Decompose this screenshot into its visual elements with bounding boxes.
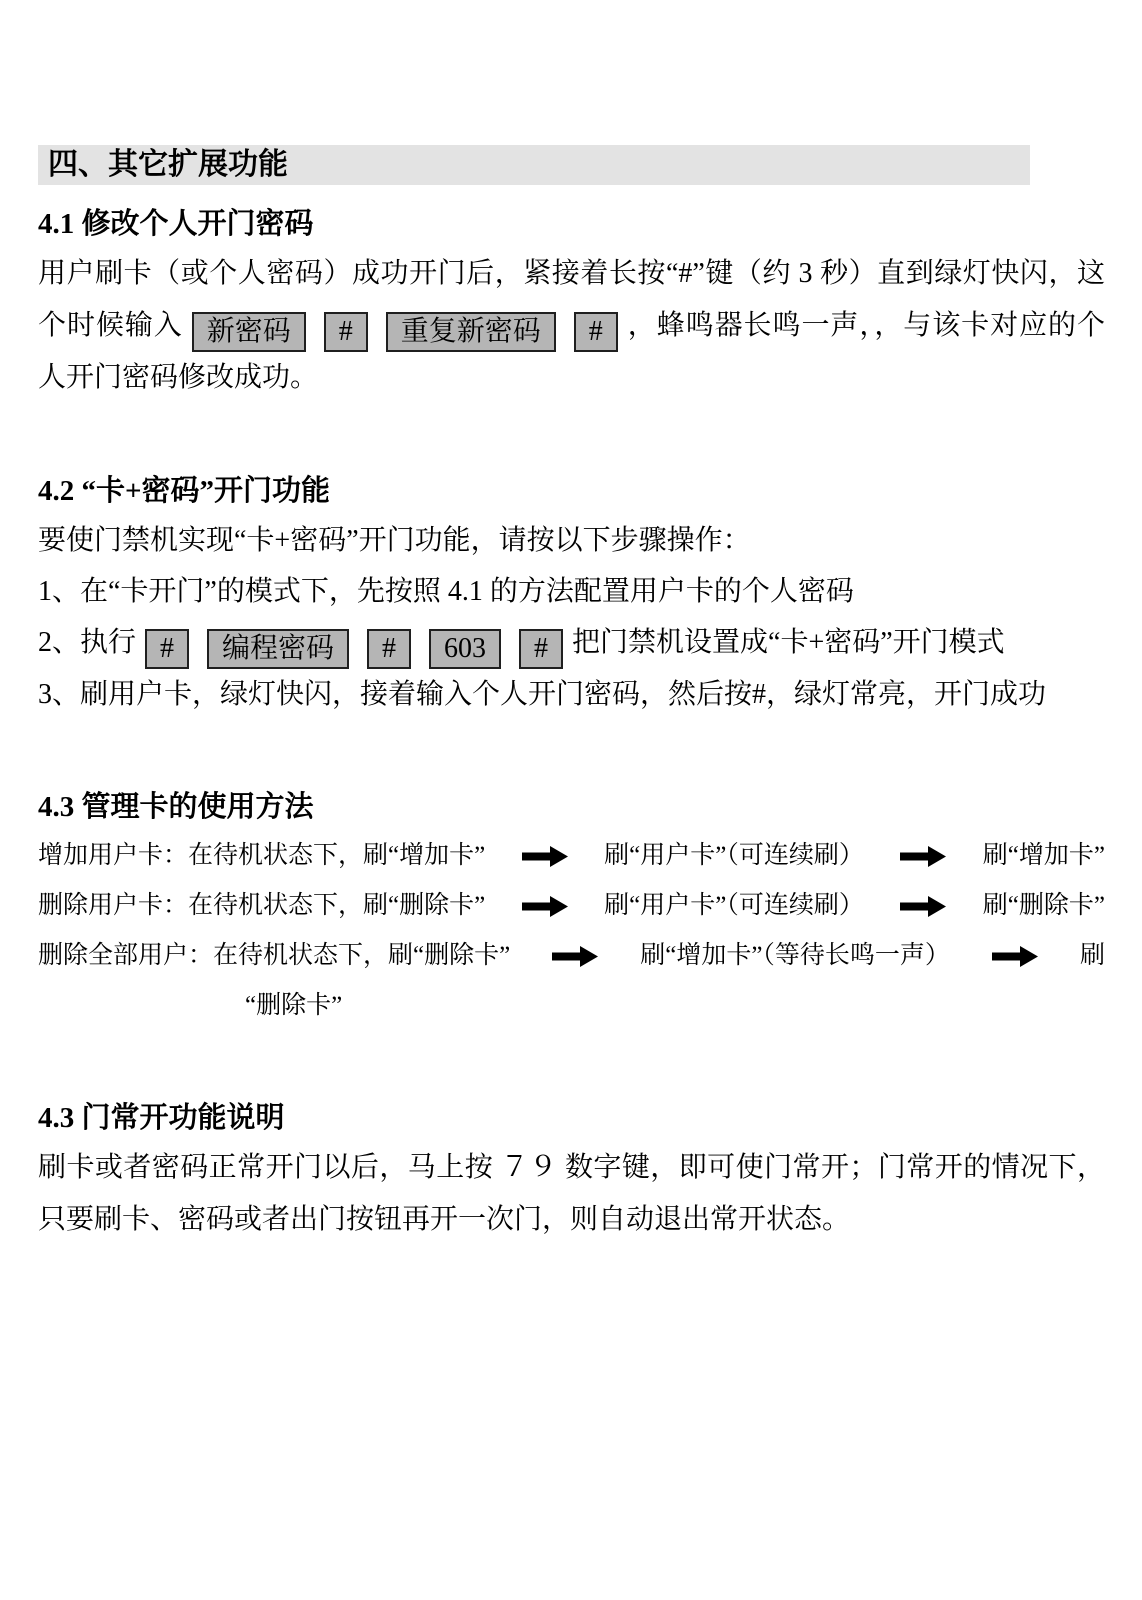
manual-page: 四、其它扩展功能 4.1 修改个人开门密码 用户刷卡（或个人密码）成功开门后，紧… <box>0 0 1142 1600</box>
step-1-line: 1、在“卡开门”的模式下，先按照 4.1 的方法配置用户卡的个人密码 <box>38 566 1105 617</box>
arrow-right-icon <box>552 946 598 967</box>
arrow-right-icon <box>522 846 568 867</box>
spacer <box>38 720 1105 768</box>
mgmt-row-text: 刷“用户卡”（可连续刷） <box>604 881 864 931</box>
step-2-line: 2、执行#编程密码#603#把门禁机设置成“卡+密码”开门模式 <box>38 617 1105 669</box>
section-header-bar: 四、其它扩展功能 <box>38 145 1030 185</box>
arrow-right-icon <box>522 896 568 917</box>
spacer <box>38 404 1105 452</box>
key-box-hash-3: # <box>145 629 189 669</box>
spacer <box>38 1031 1105 1079</box>
arrow-right-icon <box>900 896 946 917</box>
mgmt-row-text: 删除全部用户：在待机状态下，刷“删除卡” <box>38 931 510 981</box>
mgmt-row-text: 刷“增加卡”（等待长鸣一声） <box>640 931 950 981</box>
key-box-hash-1: # <box>324 312 368 352</box>
mgmt-row-text: 刷“增加卡” <box>983 831 1105 881</box>
step-2-text-before: 2、执行 <box>38 627 136 658</box>
section-header-title: 四、其它扩展功能 <box>48 148 288 181</box>
heading-4-2: 4.2 “卡+密码”开门功能 <box>38 468 1105 509</box>
key-box-603: 603 <box>429 629 501 669</box>
step-2-text-after: 把门禁机设置成“卡+密码”开门模式 <box>572 627 1005 658</box>
mgmt-row-delete-all-users: 删除全部用户：在待机状态下，刷“删除卡” 刷“增加卡”（等待长鸣一声） 刷 <box>38 931 1105 981</box>
mgmt-row-text: 删除用户卡：在待机状态下，刷“删除卡” <box>38 881 485 931</box>
arrow-right-icon <box>900 846 946 867</box>
key-box-new-password: 新密码 <box>192 312 306 352</box>
key-box-programming-password: 编程密码 <box>207 629 349 669</box>
paragraph-4-1: 用户刷卡（或个人密码）成功开门后，紧接着长按“#”键（约 3 秒）直到绿灯快闪，… <box>38 248 1105 404</box>
mgmt-row-text: 刷 <box>1080 931 1105 981</box>
heading-4-1: 4.1 修改个人开门密码 <box>38 201 1105 242</box>
key-box-hash-4: # <box>367 629 411 669</box>
mgmt-row-text: 增加用户卡：在待机状态下，刷“增加卡” <box>38 831 485 881</box>
mgmt-row-text: 刷“删除卡” <box>983 881 1105 931</box>
step-3-line: 3、刷用户卡，绿灯快闪，接着输入个人开门密码，然后按#，绿灯常亮，开门成功 <box>38 669 1105 720</box>
heading-4-3-door-normally-open: 4.3 门常开功能说明 <box>38 1095 1105 1136</box>
key-box-repeat-new-password: 重复新密码 <box>386 312 556 352</box>
mgmt-row-continuation: “删除卡” <box>245 981 1105 1031</box>
arrow-right-icon <box>992 946 1038 967</box>
key-box-hash-2: # <box>574 312 618 352</box>
heading-4-3-management-cards: 4.3 管理卡的使用方法 <box>38 784 1105 825</box>
paragraph-4-2-intro: 要使门禁机实现“卡+密码”开门功能，请按以下步骤操作： <box>38 515 1105 566</box>
mgmt-row-text: 刷“用户卡”（可连续刷） <box>604 831 864 881</box>
mgmt-row-add-user: 增加用户卡：在待机状态下，刷“增加卡” 刷“用户卡”（可连续刷） 刷“增加卡” <box>38 831 1105 881</box>
paragraph-door-normally-open: 刷卡或者密码正常开门以后，马上按 ７９ 数字键，即可使门常开；门常开的情况下，只… <box>38 1142 1105 1246</box>
key-box-hash-5: # <box>519 629 563 669</box>
mgmt-row-delete-user: 删除用户卡：在待机状态下，刷“删除卡” 刷“用户卡”（可连续刷） 刷“删除卡” <box>38 881 1105 931</box>
